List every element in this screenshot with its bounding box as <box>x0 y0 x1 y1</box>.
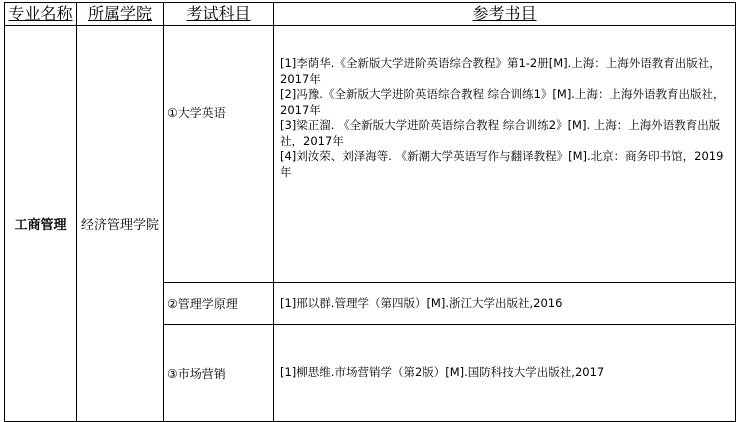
book-item: [1]李荫华.《全新版大学进阶英语综合教程》第1-2册[M].上海：上海外语教育… <box>280 56 731 87</box>
reference-books-table: 专业名称 所属学院 考试科目 参考书目 工商管理 经济管理学院 ①大学英语 [1… <box>4 2 736 351</box>
header-row: 专业名称 所属学院 考试科目 参考书目 <box>5 3 736 26</box>
subject-english: ①大学英语 <box>164 26 274 283</box>
header-major: 专业名称 <box>5 3 77 26</box>
college-name: 经济管理学院 <box>77 26 164 352</box>
book-item: [1]邢以群.管理学（第四版）[M].浙江大学出版社,2016 <box>280 296 731 312</box>
subject-management: ②管理学原理 <box>164 283 274 325</box>
header-books: 参考书目 <box>274 3 736 26</box>
books-management: [1]邢以群.管理学（第四版）[M].浙江大学出版社,2016 <box>274 283 736 325</box>
table-row-english: 工商管理 经济管理学院 ①大学英语 [1]李荫华.《全新版大学进阶英语综合教程》… <box>5 26 736 283</box>
book-item: [2]冯豫.《全新版大学进阶英语综合教程 综合训练1》[M].上海：上海外语教育… <box>280 87 731 118</box>
major-name: 工商管理 <box>5 26 77 352</box>
header-subject: 考试科目 <box>164 3 274 26</box>
books-marketing: [1]柳思维.市场营销学（第2版）[M].国防科技大学出版社,2017 <box>274 325 736 352</box>
book-item: [3]梁正溜. 《全新版大学进阶英语综合教程 综合训练2》[M]. 上海：上海外… <box>280 118 731 149</box>
header-college: 所属学院 <box>77 3 164 26</box>
subject-marketing: ③市场营销 <box>164 325 274 352</box>
book-item: [4]刘汝荣、刘泽海等. 《新潮大学英语写作与翻译教程》[M].北京：商务印书馆… <box>280 149 731 180</box>
books-english: [1]李荫华.《全新版大学进阶英语综合教程》第1-2册[M].上海：上海外语教育… <box>274 26 736 283</box>
